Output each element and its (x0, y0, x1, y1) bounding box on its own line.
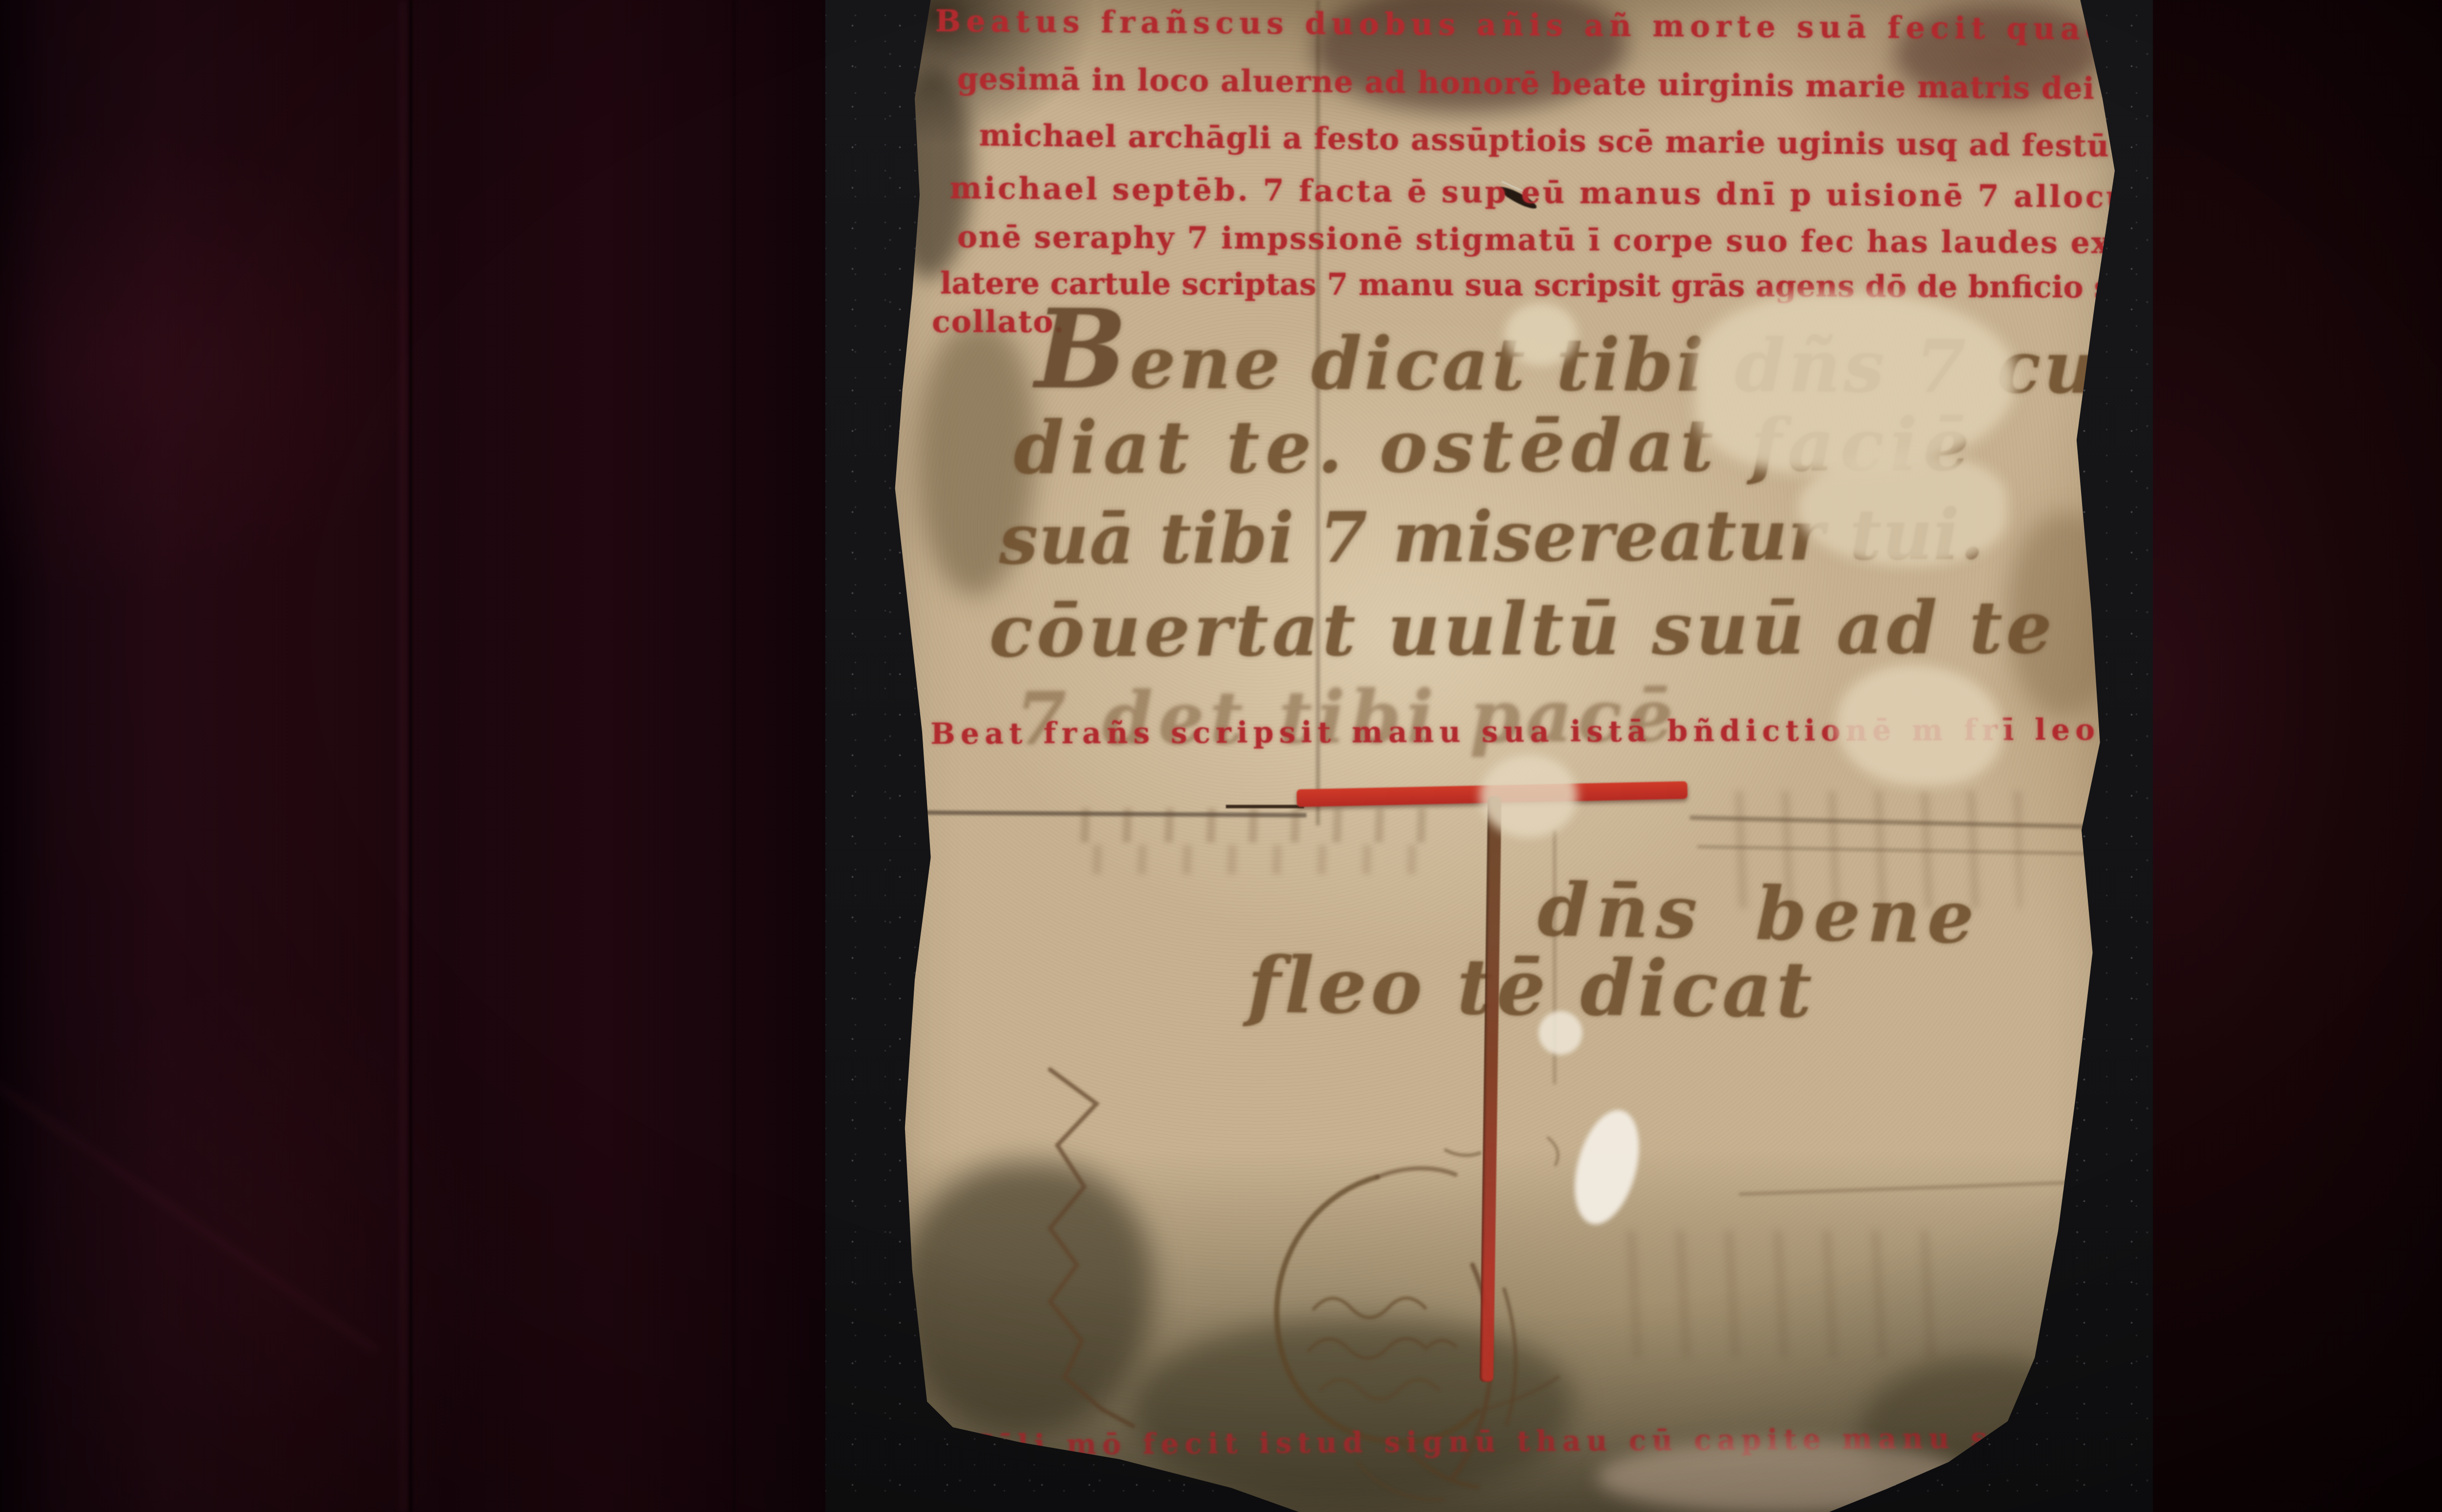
hatching-row (1314, 1298, 1425, 1318)
damage-patch (1836, 664, 2002, 786)
rubric-top-line-4: michael septēb. 7 facta ē sup eū manus d… (949, 170, 2160, 215)
show-through-text (1074, 845, 1416, 874)
tau-crossbar-whisker (1226, 805, 1304, 808)
rubric-top-line-3: michael archāgli a festo assūptiois scē … (979, 117, 2169, 165)
tau-word-line-2: fleo tē dicat (1247, 940, 1816, 1036)
velvet-seam-2 (733, 0, 736, 1512)
velvet-seam (409, 0, 412, 1512)
blessing-line-4: cōuertat uultū suū ad te (989, 585, 2056, 673)
rubric-top-line-5: onē seraphy 7 impssionē stigmatū ī corpe… (957, 219, 2190, 261)
damage-patch (1504, 303, 1578, 366)
head-outline (1277, 1177, 1477, 1442)
rocky-outline (1050, 1070, 1133, 1426)
case-shadow-right (2153, 0, 2442, 1512)
damage-patch (1480, 755, 1578, 838)
fibre-fuzz (1538, 1011, 1582, 1055)
show-through-text (1065, 808, 1436, 842)
velvet-fold-highlight (0, 1074, 379, 1354)
blessing-line-1: Bene dicat tibi dñs 7 custo (1035, 307, 2231, 411)
hatching-row (1309, 1339, 1455, 1358)
parchment: Beatus frañscus duobus añis añ morte suā… (889, 0, 2120, 1512)
velvet-seam-highlight (400, 0, 406, 1512)
velvet-curtain (0, 0, 860, 1512)
hatching-row (1321, 1380, 1438, 1399)
photo-frame: Beatus frañscus duobus añis añ morte suā… (0, 0, 2442, 1512)
